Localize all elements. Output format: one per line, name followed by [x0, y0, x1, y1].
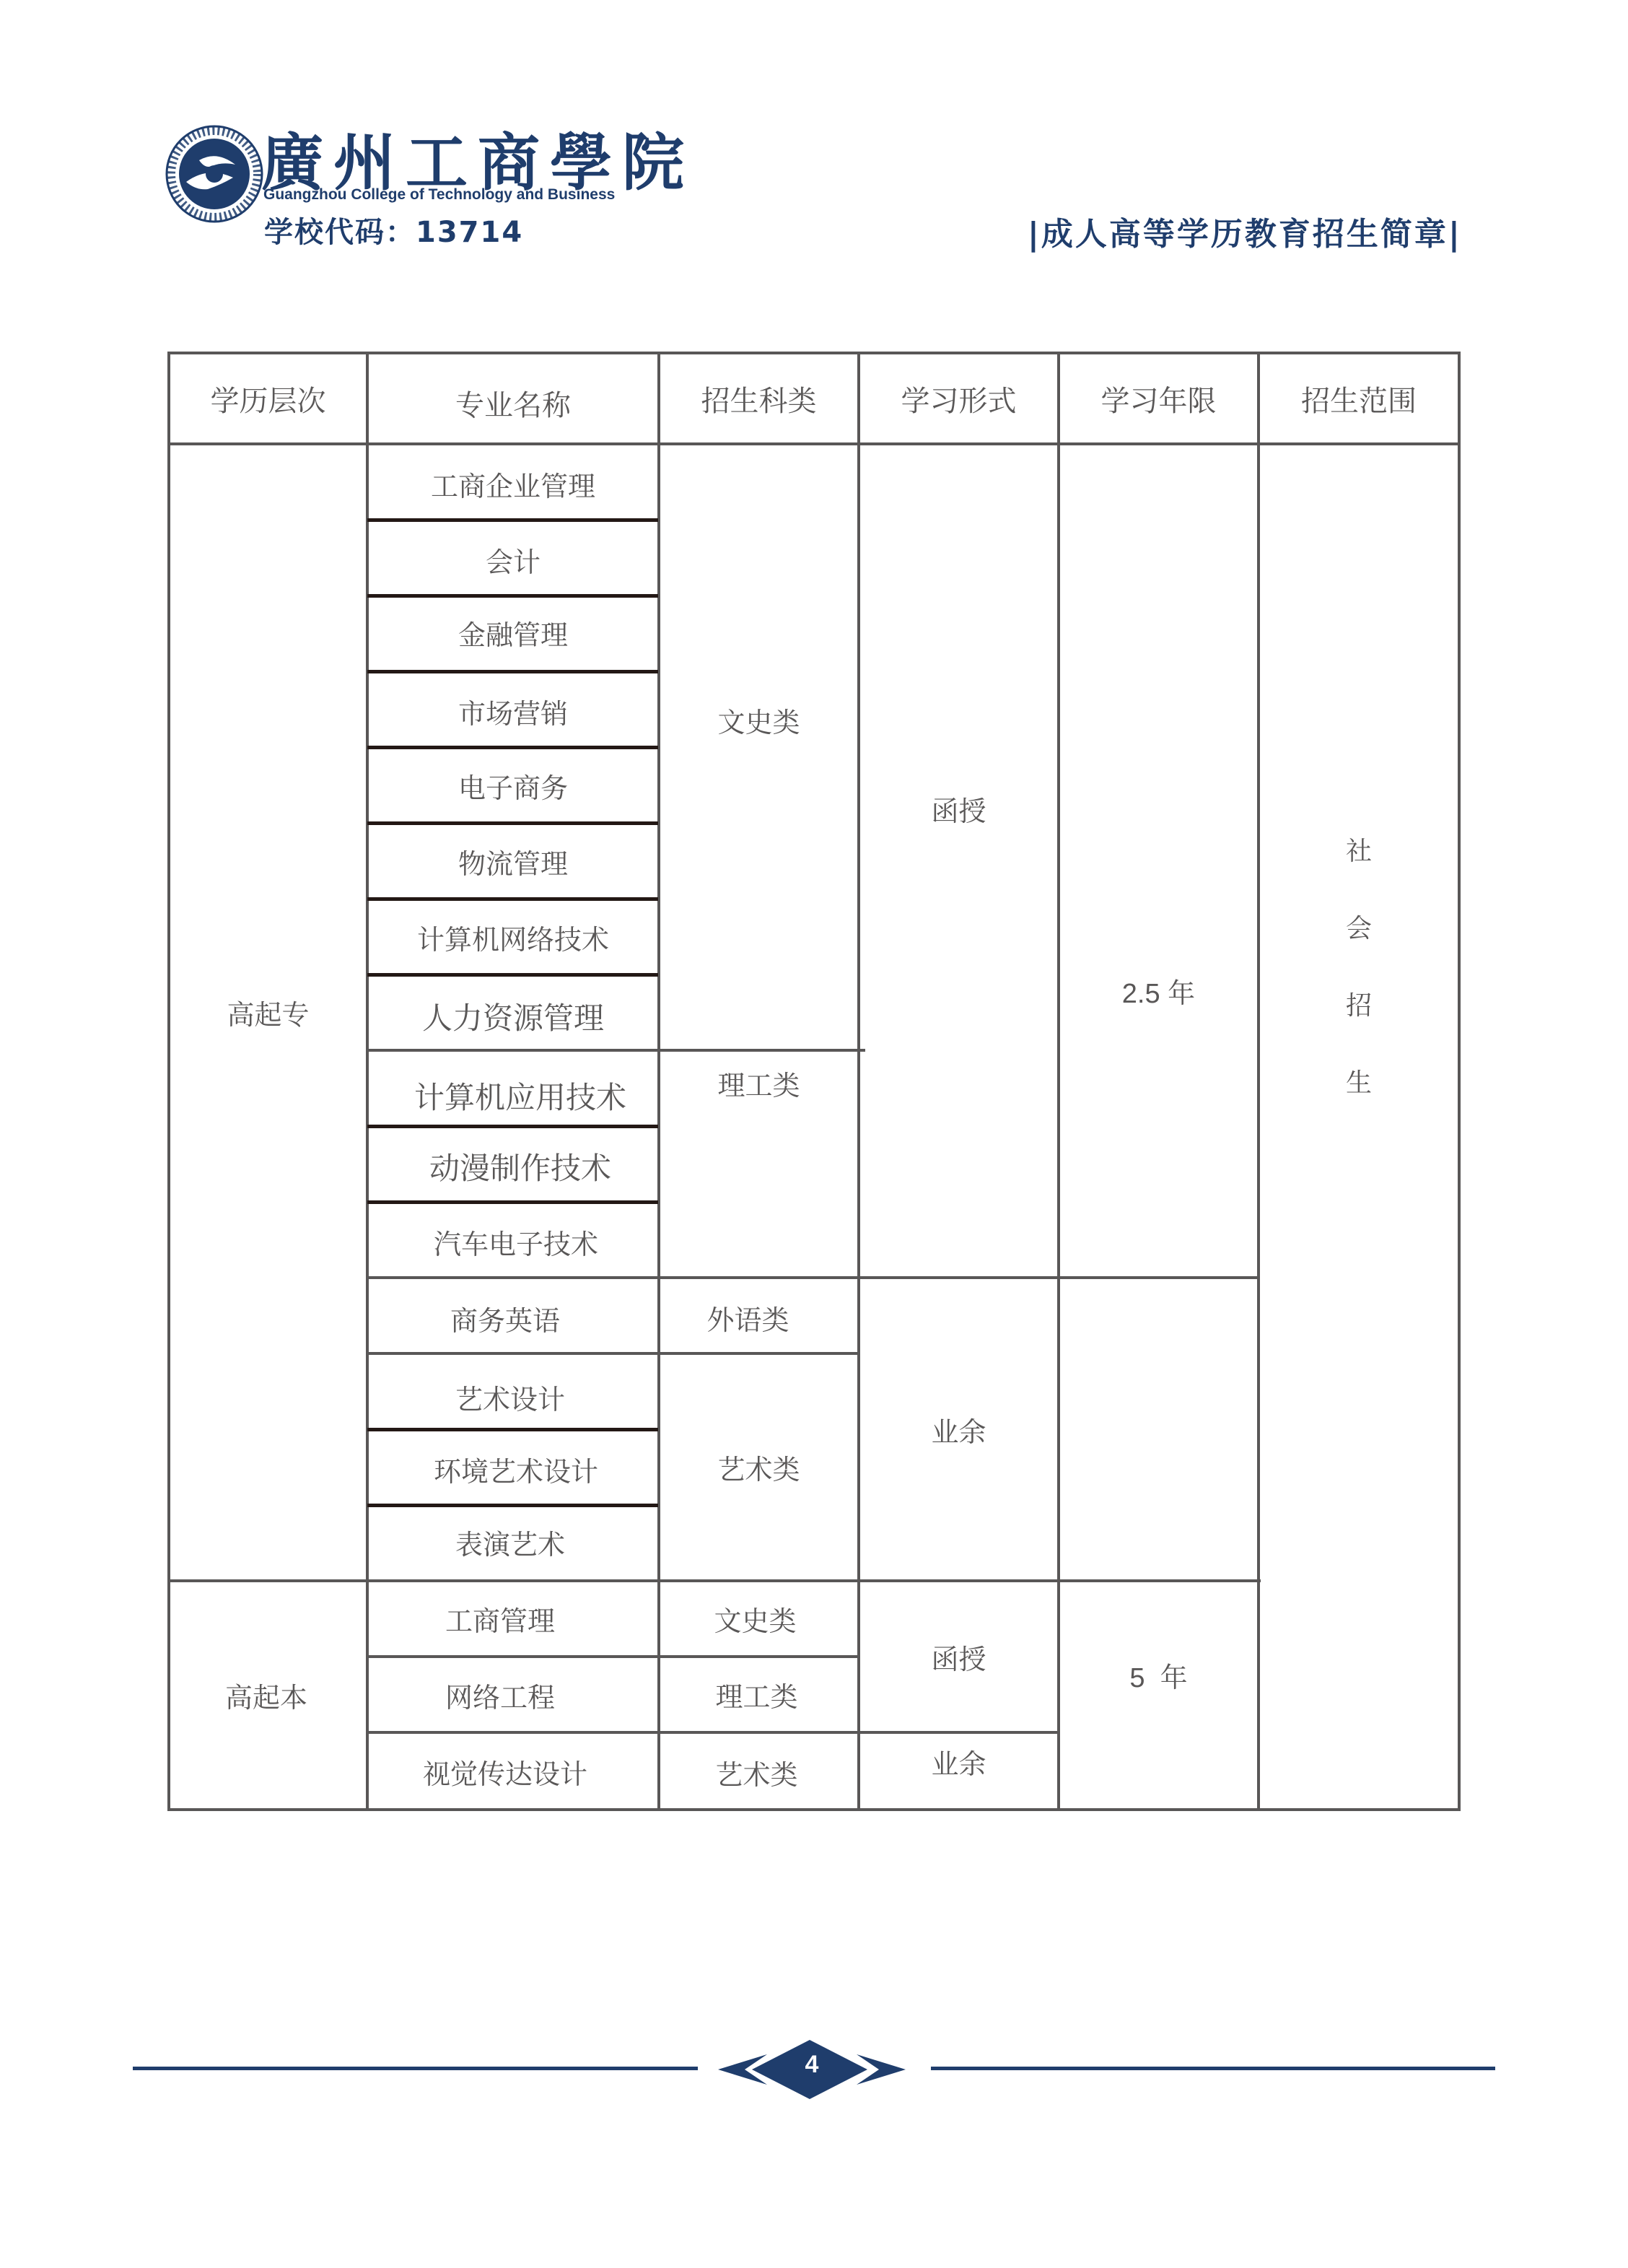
major-cell: 动漫制作技术	[376, 1132, 665, 1201]
footer-rule-left	[133, 2067, 698, 2070]
major-cell: 视觉传达设计	[361, 1735, 649, 1808]
row-divider	[367, 746, 658, 749]
mode-cell-correspondence: 函授	[860, 1582, 1057, 1731]
category-cell: 艺术类	[658, 1736, 855, 1809]
school-emblem-logo	[165, 124, 264, 224]
major-cell: 金融管理	[369, 598, 657, 667]
category-cell-yishu: 艺术类	[660, 1355, 857, 1579]
level-cell-ben: 高起本	[170, 1582, 362, 1808]
mode-cell-part-time: 业余	[860, 1279, 1057, 1579]
column-header-duration: 学习年限	[1060, 354, 1257, 442]
major-cell: 会计	[369, 525, 657, 594]
table-border-right	[1458, 352, 1461, 1811]
level-cell-zhuan: 高起专	[170, 445, 366, 1579]
row-divider	[367, 670, 658, 673]
duration-cell-zhuan: 2.5 年	[1060, 445, 1257, 1535]
major-cell: 物流管理	[369, 826, 657, 896]
brochure-title: |成人高等学历教育招生简章|	[1028, 208, 1462, 254]
column-header-level: 学历层次	[170, 354, 366, 442]
footer-rule-right	[931, 2067, 1495, 2070]
scope-char: 生	[1346, 1063, 1372, 1099]
category-cell-ligong: 理工类	[660, 1054, 857, 1112]
scope-char: 会	[1346, 908, 1372, 945]
scope-char: 招	[1346, 985, 1372, 1022]
category-cell-wenshi: 文史类	[660, 445, 857, 994]
category-cell: 理工类	[658, 1658, 855, 1731]
major-cell: 电子商务	[369, 751, 657, 820]
category-cell-waiyu: 外语类	[649, 1283, 846, 1352]
scope-cell: 社 会 招 生	[1260, 445, 1458, 1485]
major-cell: 网络工程	[356, 1659, 644, 1731]
major-cell: 工商企业管理	[369, 449, 657, 518]
major-cell: 计算机应用技术	[376, 1061, 665, 1130]
column-header-mode: 学习形式	[860, 354, 1057, 442]
column-header-major: 专业名称	[369, 359, 657, 447]
major-cell: 表演艺术	[366, 1507, 655, 1576]
major-cell: 人力资源管理	[369, 982, 657, 1051]
major-cell: 汽车电子技术	[372, 1207, 660, 1276]
major-cell: 市场营销	[369, 676, 657, 746]
row-divider	[367, 897, 658, 901]
duration-cell-ben: 5 年	[1060, 1582, 1257, 1768]
school-code: 学校代码：13714	[264, 209, 523, 250]
major-cell: 环境艺术设计	[372, 1434, 660, 1504]
category-cell: 文史类	[657, 1582, 854, 1655]
column-header-scope: 招生范围	[1260, 354, 1458, 442]
major-cell: 计算机网络技术	[369, 902, 657, 972]
school-name-en: Guangzhou College of Technology and Busi…	[263, 186, 615, 204]
page-number: 4	[790, 2051, 833, 2079]
mode-cell-part-time: 业余	[860, 1725, 1057, 1797]
row-divider	[367, 973, 658, 977]
row-divider	[367, 518, 658, 522]
major-cell: 工商管理	[356, 1582, 644, 1655]
scope-char: 社	[1346, 831, 1372, 868]
row-divider	[367, 821, 658, 825]
major-cell: 商务英语	[361, 1283, 649, 1353]
column-header-category: 招生科类	[660, 354, 857, 442]
mode-cell-correspondence: 函授	[860, 758, 1057, 859]
major-cell: 艺术设计	[366, 1362, 655, 1431]
